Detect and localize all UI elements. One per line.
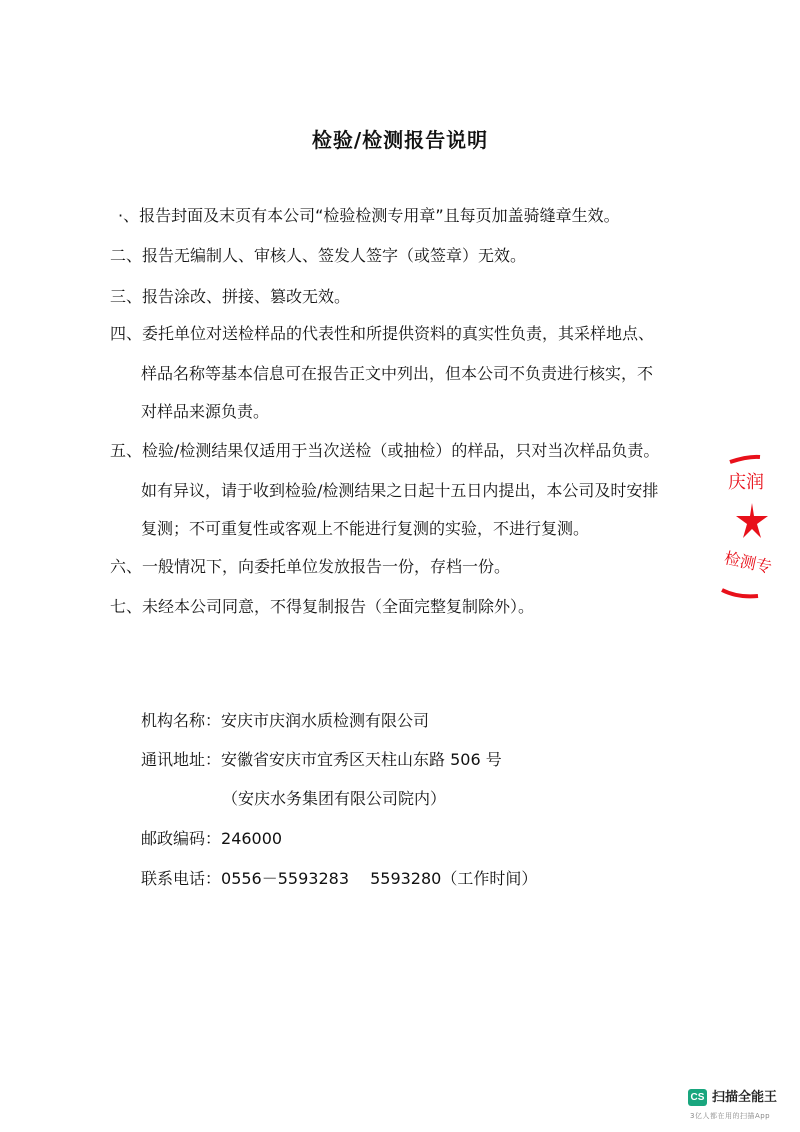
contact-phone: 联系电话：0556－5593283 5593280（工作时间）	[141, 869, 537, 889]
address-value: 安徽省安庆市宜秀区天柱山东路 506 号	[221, 750, 502, 769]
clause-3: 三、报告涂改、拼接、篡改无效。	[110, 287, 350, 307]
scanner-watermark: CS 扫描全能王 3亿人都在用的扫描App	[688, 1089, 798, 1125]
address-label: 通讯地址：	[141, 750, 221, 769]
seal-stamp-icon: 庆润 检测专	[718, 448, 800, 608]
contact-address: 通讯地址：安徽省安庆市宜秀区天柱山东路 506 号	[141, 750, 502, 770]
clause-7: 七、未经本公司同意，不得复制报告（全面完整复制除外）。	[110, 597, 534, 617]
org-value: 安庆市庆润水质检测有限公司	[221, 711, 429, 730]
org-label: 机构名称：	[141, 711, 221, 730]
page-title: 检验/检测报告说明	[0, 124, 800, 153]
clause-5-line-1: 五、检验/检测结果仅适用于当次送检（或抽检）的样品，只对当次样品负责。	[110, 441, 659, 461]
phone-value: 0556－5593283 5593280（工作时间）	[221, 869, 537, 888]
phone-label: 联系电话：	[141, 869, 221, 888]
contact-org: 机构名称：安庆市庆润水质检测有限公司	[141, 711, 429, 731]
clause-4-line-3: 对样品来源负责。	[141, 402, 269, 422]
camscanner-tagline: 3亿人都在用的扫描App	[690, 1111, 770, 1121]
clause-5-line-3: 复测；不可重复性或客观上不能进行复测的实验，不进行复测。	[141, 519, 589, 539]
contact-postcode: 邮政编码：246000	[141, 829, 282, 849]
clause-4-line-2: 样品名称等基本信息可在报告正文中列出，但本公司不负责进行核实，不	[141, 364, 653, 384]
clause-5-line-2: 如有异议，请于收到检验/检测结果之日起十五日内提出，本公司及时安排	[141, 481, 658, 501]
clause-4-line-1: 四、委托单位对送检样品的代表性和所提供资料的真实性负责，其采样地点、	[110, 324, 654, 344]
clause-2: 二、报告无编制人、审核人、签发人签字（或签章）无效。	[110, 246, 526, 266]
contact-address-note: （安庆水务集团有限公司院内）	[222, 789, 446, 809]
clause-6: 六、一般情况下，向委托单位发放报告一份，存档一份。	[110, 557, 510, 577]
postcode-value: 246000	[221, 829, 282, 848]
camscanner-name: 扫描全能王	[712, 1089, 777, 1106]
svg-text:检测专: 检测专	[723, 548, 774, 577]
svg-text:庆润: 庆润	[728, 472, 764, 493]
clause-1: ·、报告封面及末页有本公司“检验检测专用章”且每页加盖骑缝章生效。	[118, 206, 620, 226]
postcode-label: 邮政编码：	[141, 829, 221, 848]
seal-stamp: 庆润 检测专	[718, 448, 800, 608]
camscanner-logo-icon: CS	[688, 1089, 707, 1106]
